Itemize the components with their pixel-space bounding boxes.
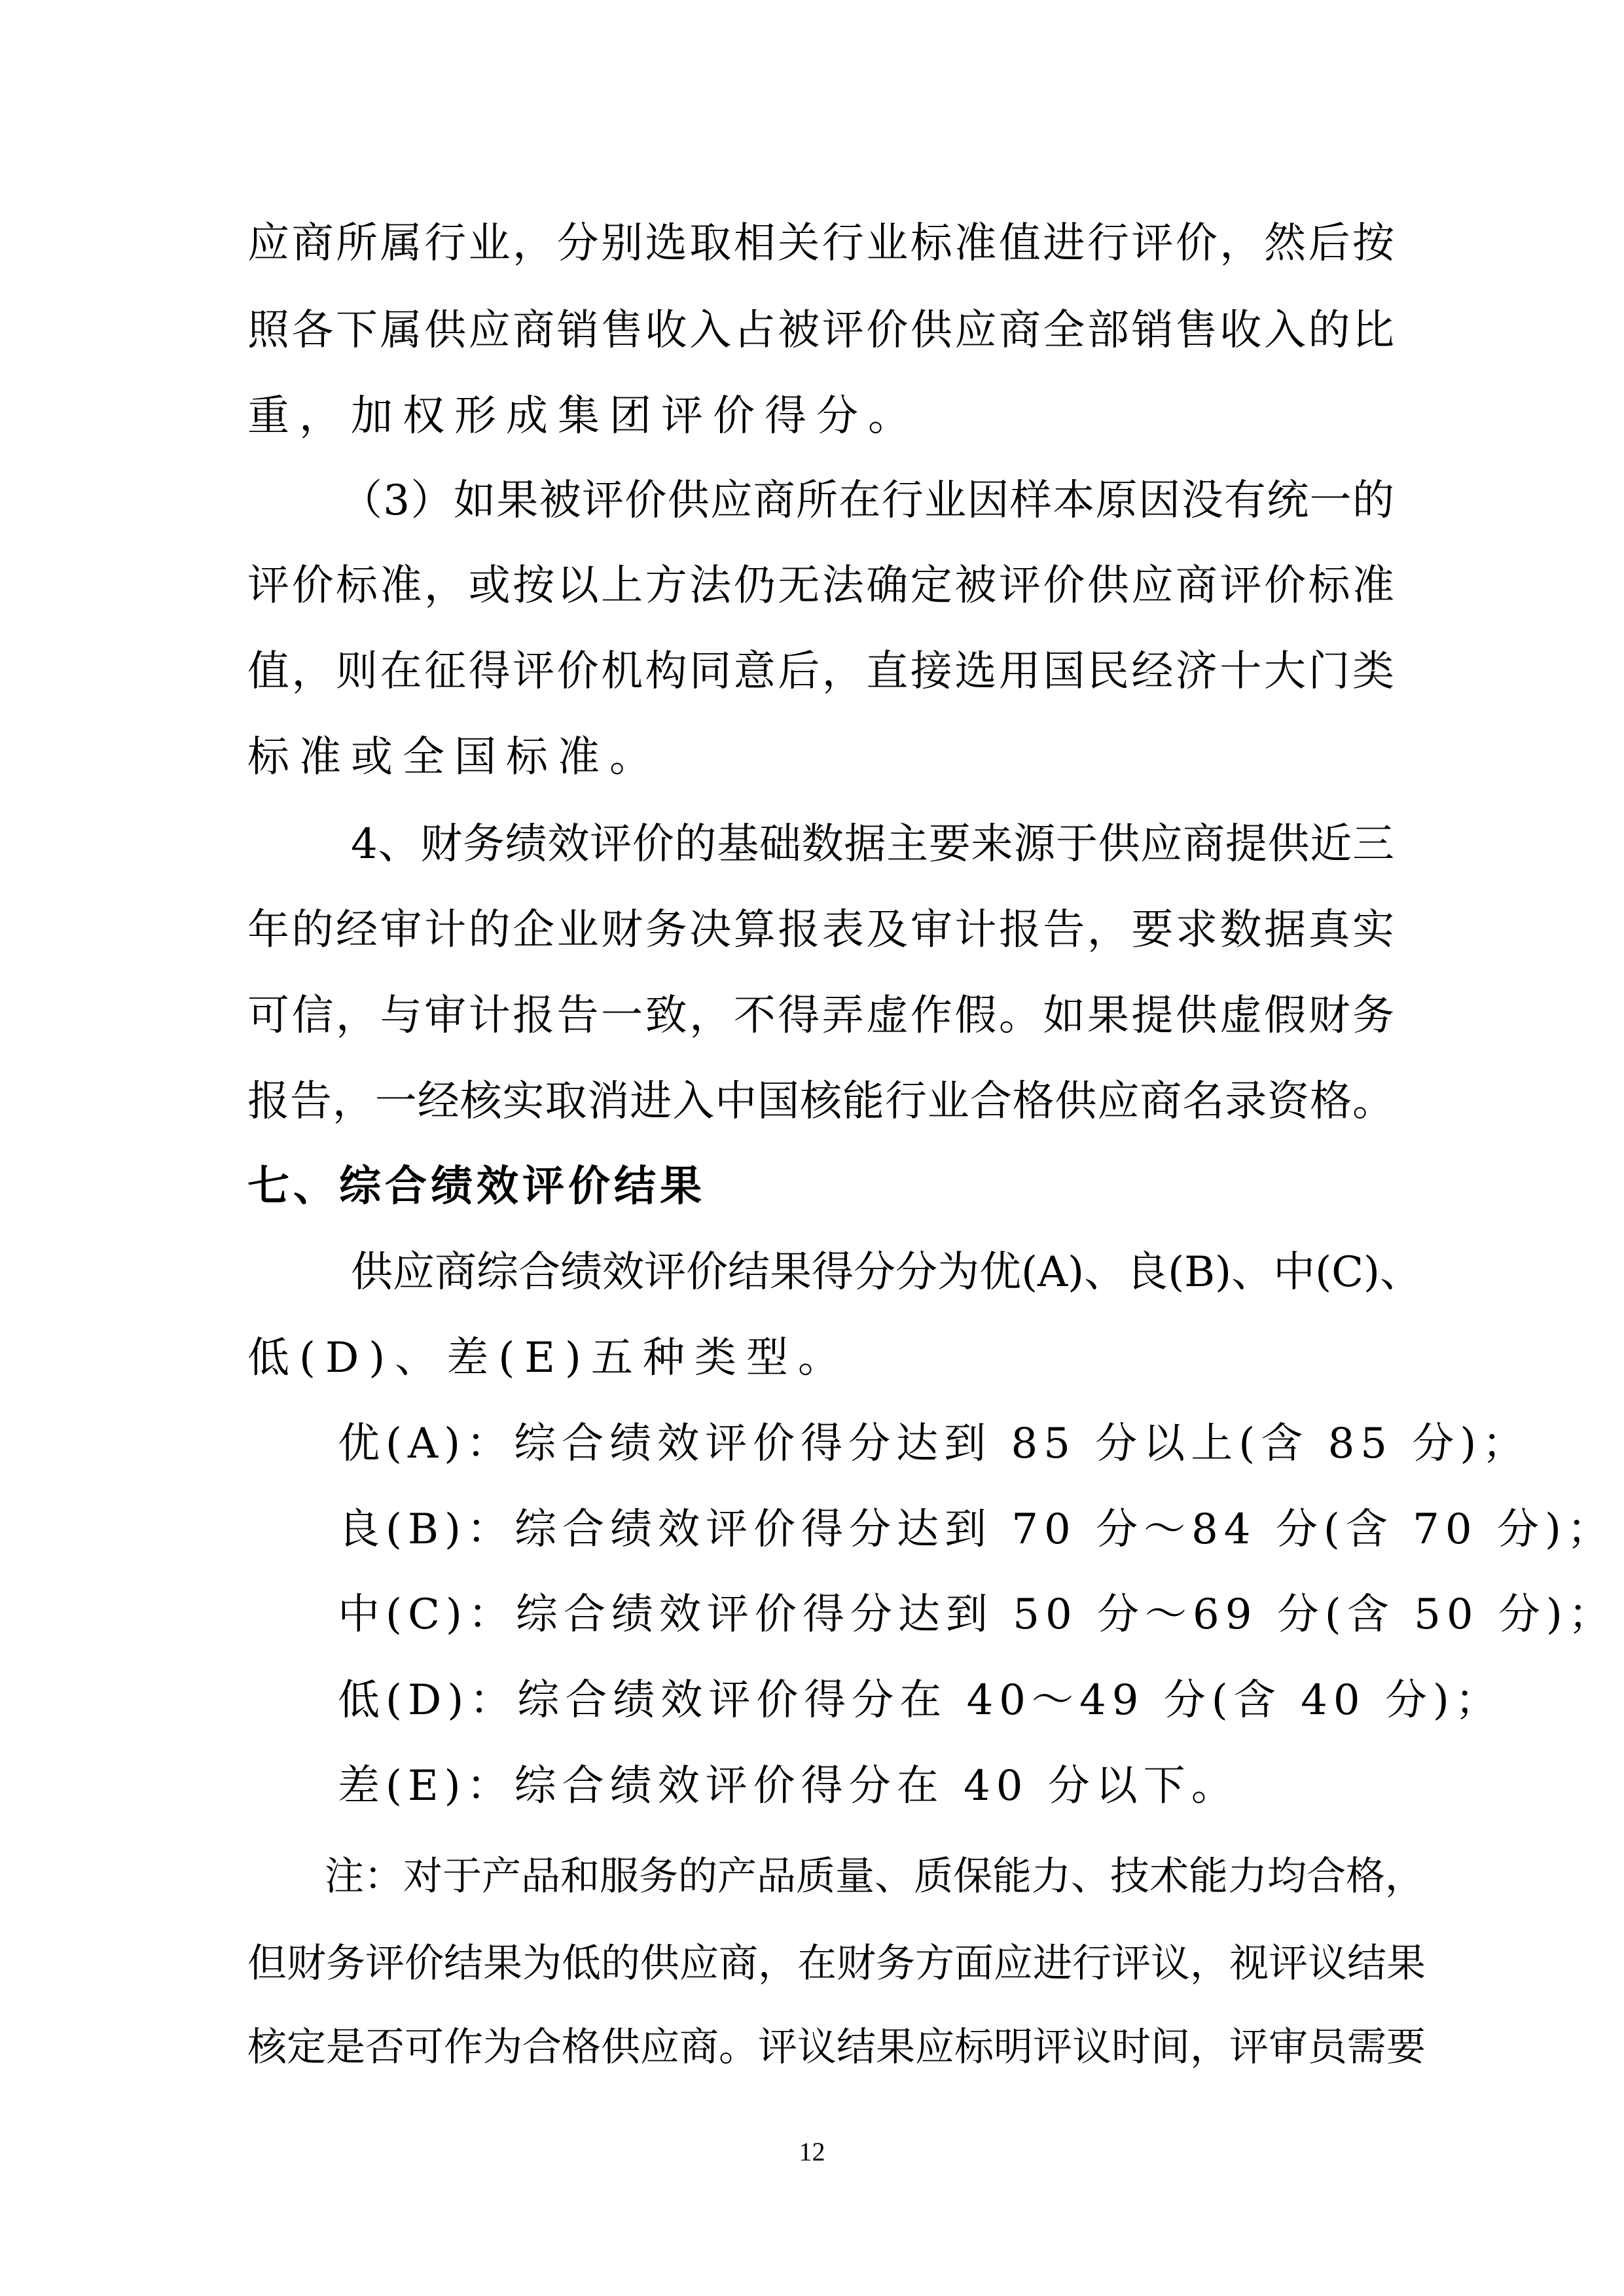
page-number: 12 — [0, 2138, 1624, 2166]
paragraph-line: 报告，一经核实取消进入中国核能行业合格供应商名录资格。 — [247, 1069, 1394, 1134]
paragraph-line: 应商所属行业，分别选取相关行业标准值进行评价，然后按 — [247, 211, 1394, 276]
paragraph-line: 低(D)、差(E)五种类型。 — [247, 1325, 1394, 1391]
grade-item-b: 良(B)：综合绩效评价得分达到 70 分～84 分(含 70 分)； — [338, 1497, 1615, 1562]
paragraph-line: 标准或全国标准。 — [247, 725, 1394, 790]
paragraph-line: 评价标准，或按以上方法仍无法确定被评价供应商评价标准 — [247, 553, 1394, 619]
paragraph-line: 年的经审计的企业财务决算报表及审计报告，要求数据真实 — [247, 897, 1394, 963]
paragraph-line: 照各下属供应商销售收入占被评价供应商全部销售收入的比 — [247, 298, 1394, 363]
paragraph-line: 值，则在征得评价机构同意后，直接选用国民经济十大门类 — [247, 639, 1394, 704]
note-line: 但财务评价结果为低的供应商，在财务方面应进行评议，视评议结果 — [247, 1931, 1394, 1996]
paragraph-line: 可信，与审计报告一致，不得弄虚作假。如果提供虚假财务 — [247, 983, 1394, 1049]
paragraph-line: 供应商综合绩效评价结果得分分为优(A)、良(B)、中(C)、 — [351, 1240, 1394, 1305]
document-page: 应商所属行业，分别选取相关行业标准值进行评价，然后按 照各下属供应商销售收入占被… — [0, 0, 1624, 2296]
grade-item-c: 中(C)：综合绩效评价得分达到 50 分～69 分(含 50 分)； — [338, 1582, 1616, 1647]
section-heading: 七、综合绩效评价结果 — [247, 1154, 706, 1219]
paragraph-line: 4、财务绩效评价的基础数据主要来源于供应商提供近三 — [351, 812, 1394, 877]
note-line: 核定是否可作为合格供应商。评议结果应标明评议时间，评审员需要 — [247, 2015, 1394, 2080]
grade-item-e: 差(E)：综合绩效评价得分在 40 分以下。 — [338, 1753, 1239, 1819]
paragraph-line: （3）如果被评价供应商所在行业因样本原因没有统一的 — [340, 468, 1394, 533]
grade-item-a: 优(A)：综合绩效评价得分达到 85 分以上(含 85 分)； — [338, 1411, 1530, 1477]
paragraph-line: 重，加权形成集团评价得分。 — [247, 384, 1394, 449]
note-line: 注：对于产品和服务的产品质量、质保能力、技术能力均合格， — [325, 1844, 1394, 1909]
grade-item-d: 低(D)：综合绩效评价得分在 40～49 分(含 40 分)； — [338, 1668, 1503, 1733]
